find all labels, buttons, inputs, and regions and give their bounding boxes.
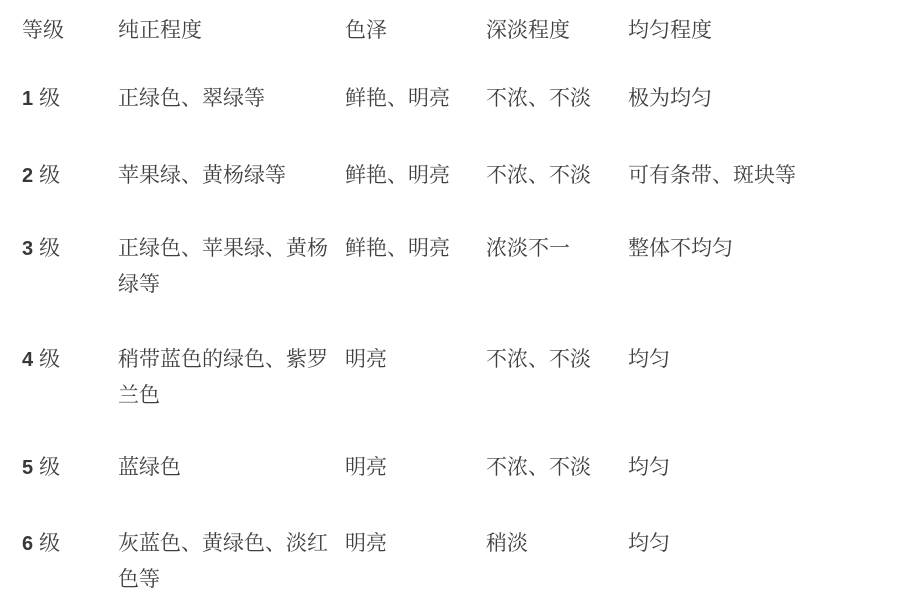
uniformity-cell: 均匀: [628, 341, 911, 377]
grade-cell: 4级: [22, 341, 118, 378]
grade-unit: 级: [39, 236, 60, 260]
table-row: 2级 苹果绿、黄杨绿等 鲜艳、明亮 不浓、不淡 可有条带、斑块等: [22, 157, 911, 194]
table-row: 5级 蓝绿色 明亮 不浓、不淡 均匀: [22, 449, 911, 486]
table-row: 1级 正绿色、翠绿等 鲜艳、明亮 不浓、不淡 极为均匀: [22, 80, 911, 117]
depth-cell: 稍淡: [486, 525, 628, 561]
depth-cell: 不浓、不淡: [486, 157, 628, 193]
luster-cell: 鲜艳、明亮: [345, 80, 486, 116]
grade-unit: 级: [39, 163, 60, 187]
grade-number: 2: [22, 165, 33, 187]
table-row: 4级 稍带蓝色的绿色、紫罗兰色 明亮 不浓、不淡 均匀: [22, 341, 911, 413]
grade-cell: 5级: [22, 449, 118, 486]
luster-cell: 明亮: [345, 449, 486, 485]
header-purity: 纯正程度: [118, 12, 345, 48]
table-row: 6级 灰蓝色、黄绿色、淡红色等 明亮 稍淡 均匀: [22, 525, 911, 597]
uniformity-cell: 极为均匀: [628, 80, 911, 116]
grade-cell: 3级: [22, 230, 118, 267]
uniformity-cell: 均匀: [628, 525, 911, 561]
depth-cell: 不浓、不淡: [486, 80, 628, 116]
grade-cell: 1级: [22, 80, 118, 117]
uniformity-cell: 可有条带、斑块等: [628, 157, 911, 193]
depth-cell: 不浓、不淡: [486, 341, 628, 377]
depth-cell: 浓淡不一: [486, 230, 628, 266]
grade-unit: 级: [39, 455, 60, 479]
grade-unit: 级: [39, 86, 60, 110]
purity-cell: 正绿色、苹果绿、黄杨绿等: [118, 230, 333, 302]
grade-number: 1: [22, 88, 33, 110]
grade-cell: 6级: [22, 525, 118, 562]
purity-cell: 苹果绿、黄杨绿等: [118, 157, 333, 193]
uniformity-cell: 均匀: [628, 449, 911, 485]
purity-cell: 蓝绿色: [118, 449, 333, 485]
luster-cell: 鲜艳、明亮: [345, 230, 486, 266]
grade-unit: 级: [39, 347, 60, 371]
luster-cell: 鲜艳、明亮: [345, 157, 486, 193]
grade-number: 4: [22, 349, 33, 371]
purity-cell: 稍带蓝色的绿色、紫罗兰色: [118, 341, 333, 413]
grade-cell: 2级: [22, 157, 118, 194]
header-depth: 深淡程度: [486, 12, 628, 48]
header-grade: 等级: [22, 12, 118, 48]
header-luster: 色泽: [345, 12, 486, 48]
grade-unit: 级: [39, 531, 60, 555]
grade-number: 6: [22, 533, 33, 555]
grading-table-document: 等级 纯正程度 色泽 深淡程度 均匀程度 1级 正绿色、翠绿等 鲜艳、明亮 不浓…: [0, 0, 911, 601]
header-uniformity: 均匀程度: [628, 12, 911, 48]
luster-cell: 明亮: [345, 525, 486, 561]
grade-number: 3: [22, 238, 33, 260]
luster-cell: 明亮: [345, 341, 486, 377]
depth-cell: 不浓、不淡: [486, 449, 628, 485]
purity-cell: 正绿色、翠绿等: [118, 80, 333, 116]
uniformity-cell: 整体不均匀: [628, 230, 911, 266]
purity-cell: 灰蓝色、黄绿色、淡红色等: [118, 525, 333, 597]
table-header-row: 等级 纯正程度 色泽 深淡程度 均匀程度: [22, 12, 911, 48]
grade-number: 5: [22, 457, 33, 479]
table-row: 3级 正绿色、苹果绿、黄杨绿等 鲜艳、明亮 浓淡不一 整体不均匀: [22, 230, 911, 302]
